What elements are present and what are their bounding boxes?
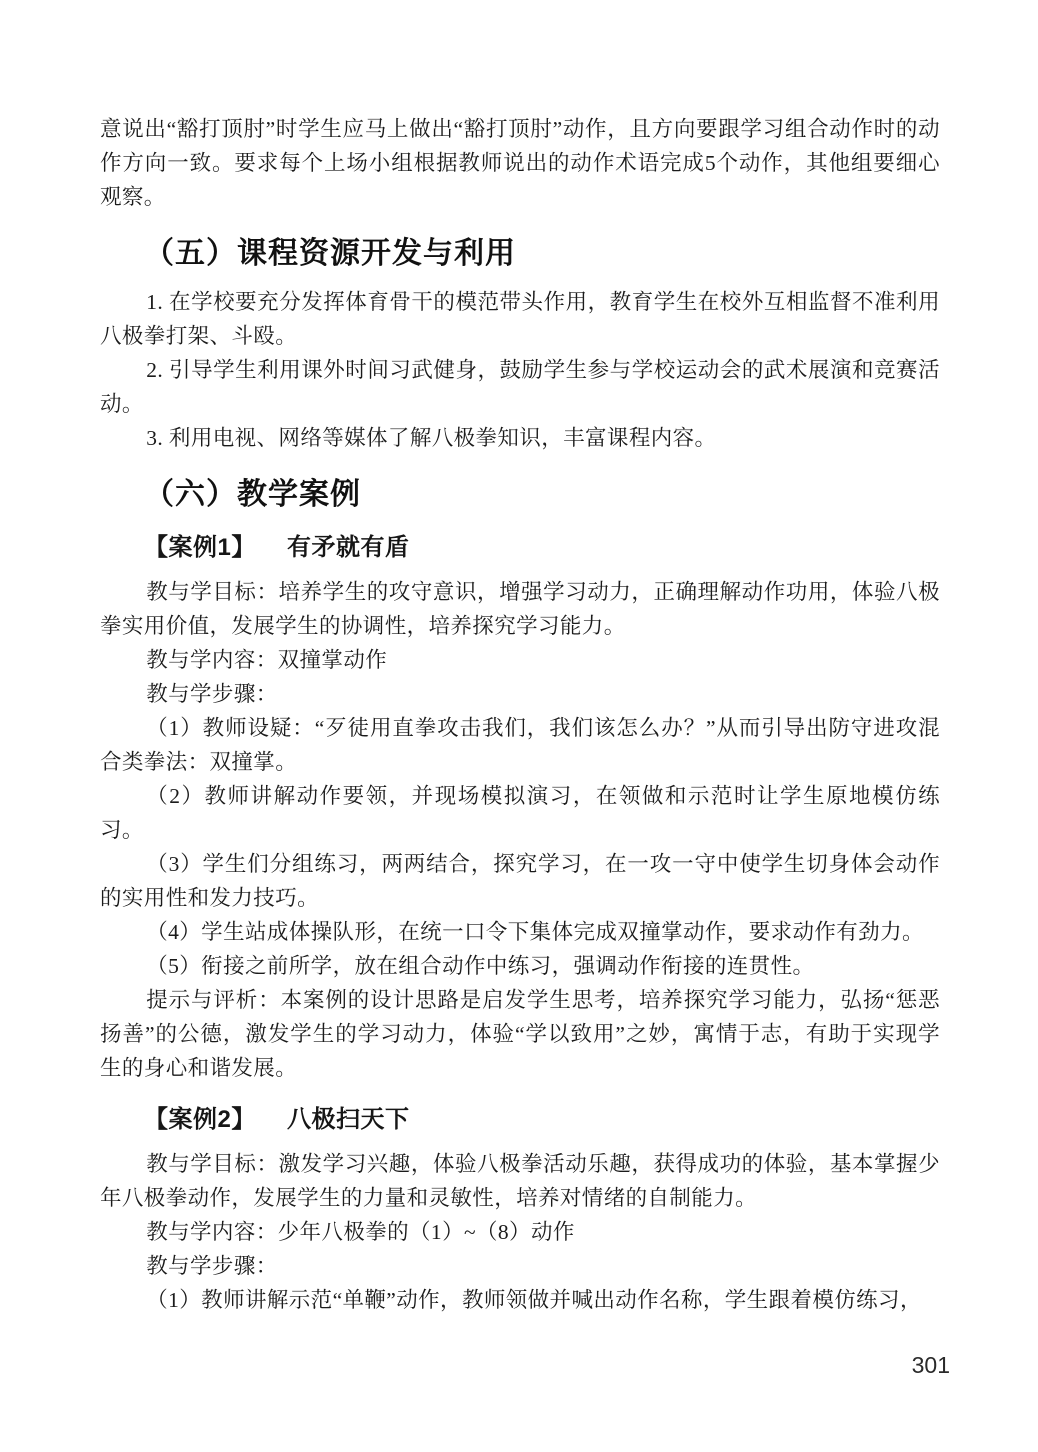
case-2-steps-label: 教与学步骤： [100,1249,940,1283]
section-6-heading: （六）教学案例 [144,477,940,513]
book-page: 意说出“豁打顶肘”时学生应马上做出“豁打顶肘”动作，且方向要跟学习组合动作时的动… [0,0,1038,1452]
case-1-review: 提示与评析：本案例的设计思路是启发学生思考，培养探究学习能力，弘扬“惩恶扬善”的… [100,983,940,1085]
section-5-heading: （五）课程资源开发与利用 [144,236,940,272]
case-1-step-4: （4）学生站成体操队形，在统一口令下集体完成双撞掌动作，要求动作有劲力。 [100,915,940,949]
case-1-title: 有矛就有盾 [287,534,410,561]
case-1-goals: 教与学目标：培养学生的攻守意识，增强学习动力，正确理解动作功用，体验八极拳实用价… [100,575,940,643]
case-1-heading: 【案例1】有矛就有盾 [144,533,940,562]
case-2-heading: 【案例2】八极扫天下 [144,1105,940,1134]
case-2-content: 教与学内容：少年八极拳的（1）~（8）动作 [100,1215,940,1249]
case-2-step-1: （1）教师讲解示范“单鞭”动作，教师领做并喊出动作名称，学生跟着模仿练习， [100,1283,940,1317]
case-2-goals: 教与学目标：激发学习兴趣，体验八极拳活动乐趣，获得成功的体验，基本掌握少年八极拳… [100,1147,940,1215]
section-5-item-3: 3. 利用电视、网络等媒体了解八极拳知识，丰富课程内容。 [100,421,940,455]
section-5-item-1: 1. 在学校要充分发挥体育骨干的模范带头作用，教育学生在校外互相监督不准利用八极… [100,285,940,353]
page-number: 301 [912,1352,950,1379]
case-1-step-5: （5）衔接之前所学，放在组合动作中练习，强调动作衔接的连贯性。 [100,949,940,983]
case-1-step-1: （1）教师设疑：“歹徒用直拳攻击我们，我们该怎么办？”从而引导出防守进攻混合类拳… [100,711,940,779]
continued-paragraph: 意说出“豁打顶肘”时学生应马上做出“豁打顶肘”动作，且方向要跟学习组合动作时的动… [100,112,940,214]
case-1-steps-label: 教与学步骤： [100,677,940,711]
case-2-title: 八极扫天下 [287,1106,410,1133]
case-2-label: 【案例2】 [144,1106,256,1133]
case-1-content: 教与学内容：双撞掌动作 [100,643,940,677]
case-1-label: 【案例1】 [144,534,256,561]
section-5-item-2: 2. 引导学生利用课外时间习武健身，鼓励学生参与学校运动会的武术展演和竞赛活动。 [100,353,940,421]
case-1-step-2: （2）教师讲解动作要领，并现场模拟演习，在领做和示范时让学生原地模仿练习。 [100,779,940,847]
case-1-step-3: （3）学生们分组练习，两两结合，探究学习，在一攻一守中使学生切身体会动作的实用性… [100,847,940,915]
